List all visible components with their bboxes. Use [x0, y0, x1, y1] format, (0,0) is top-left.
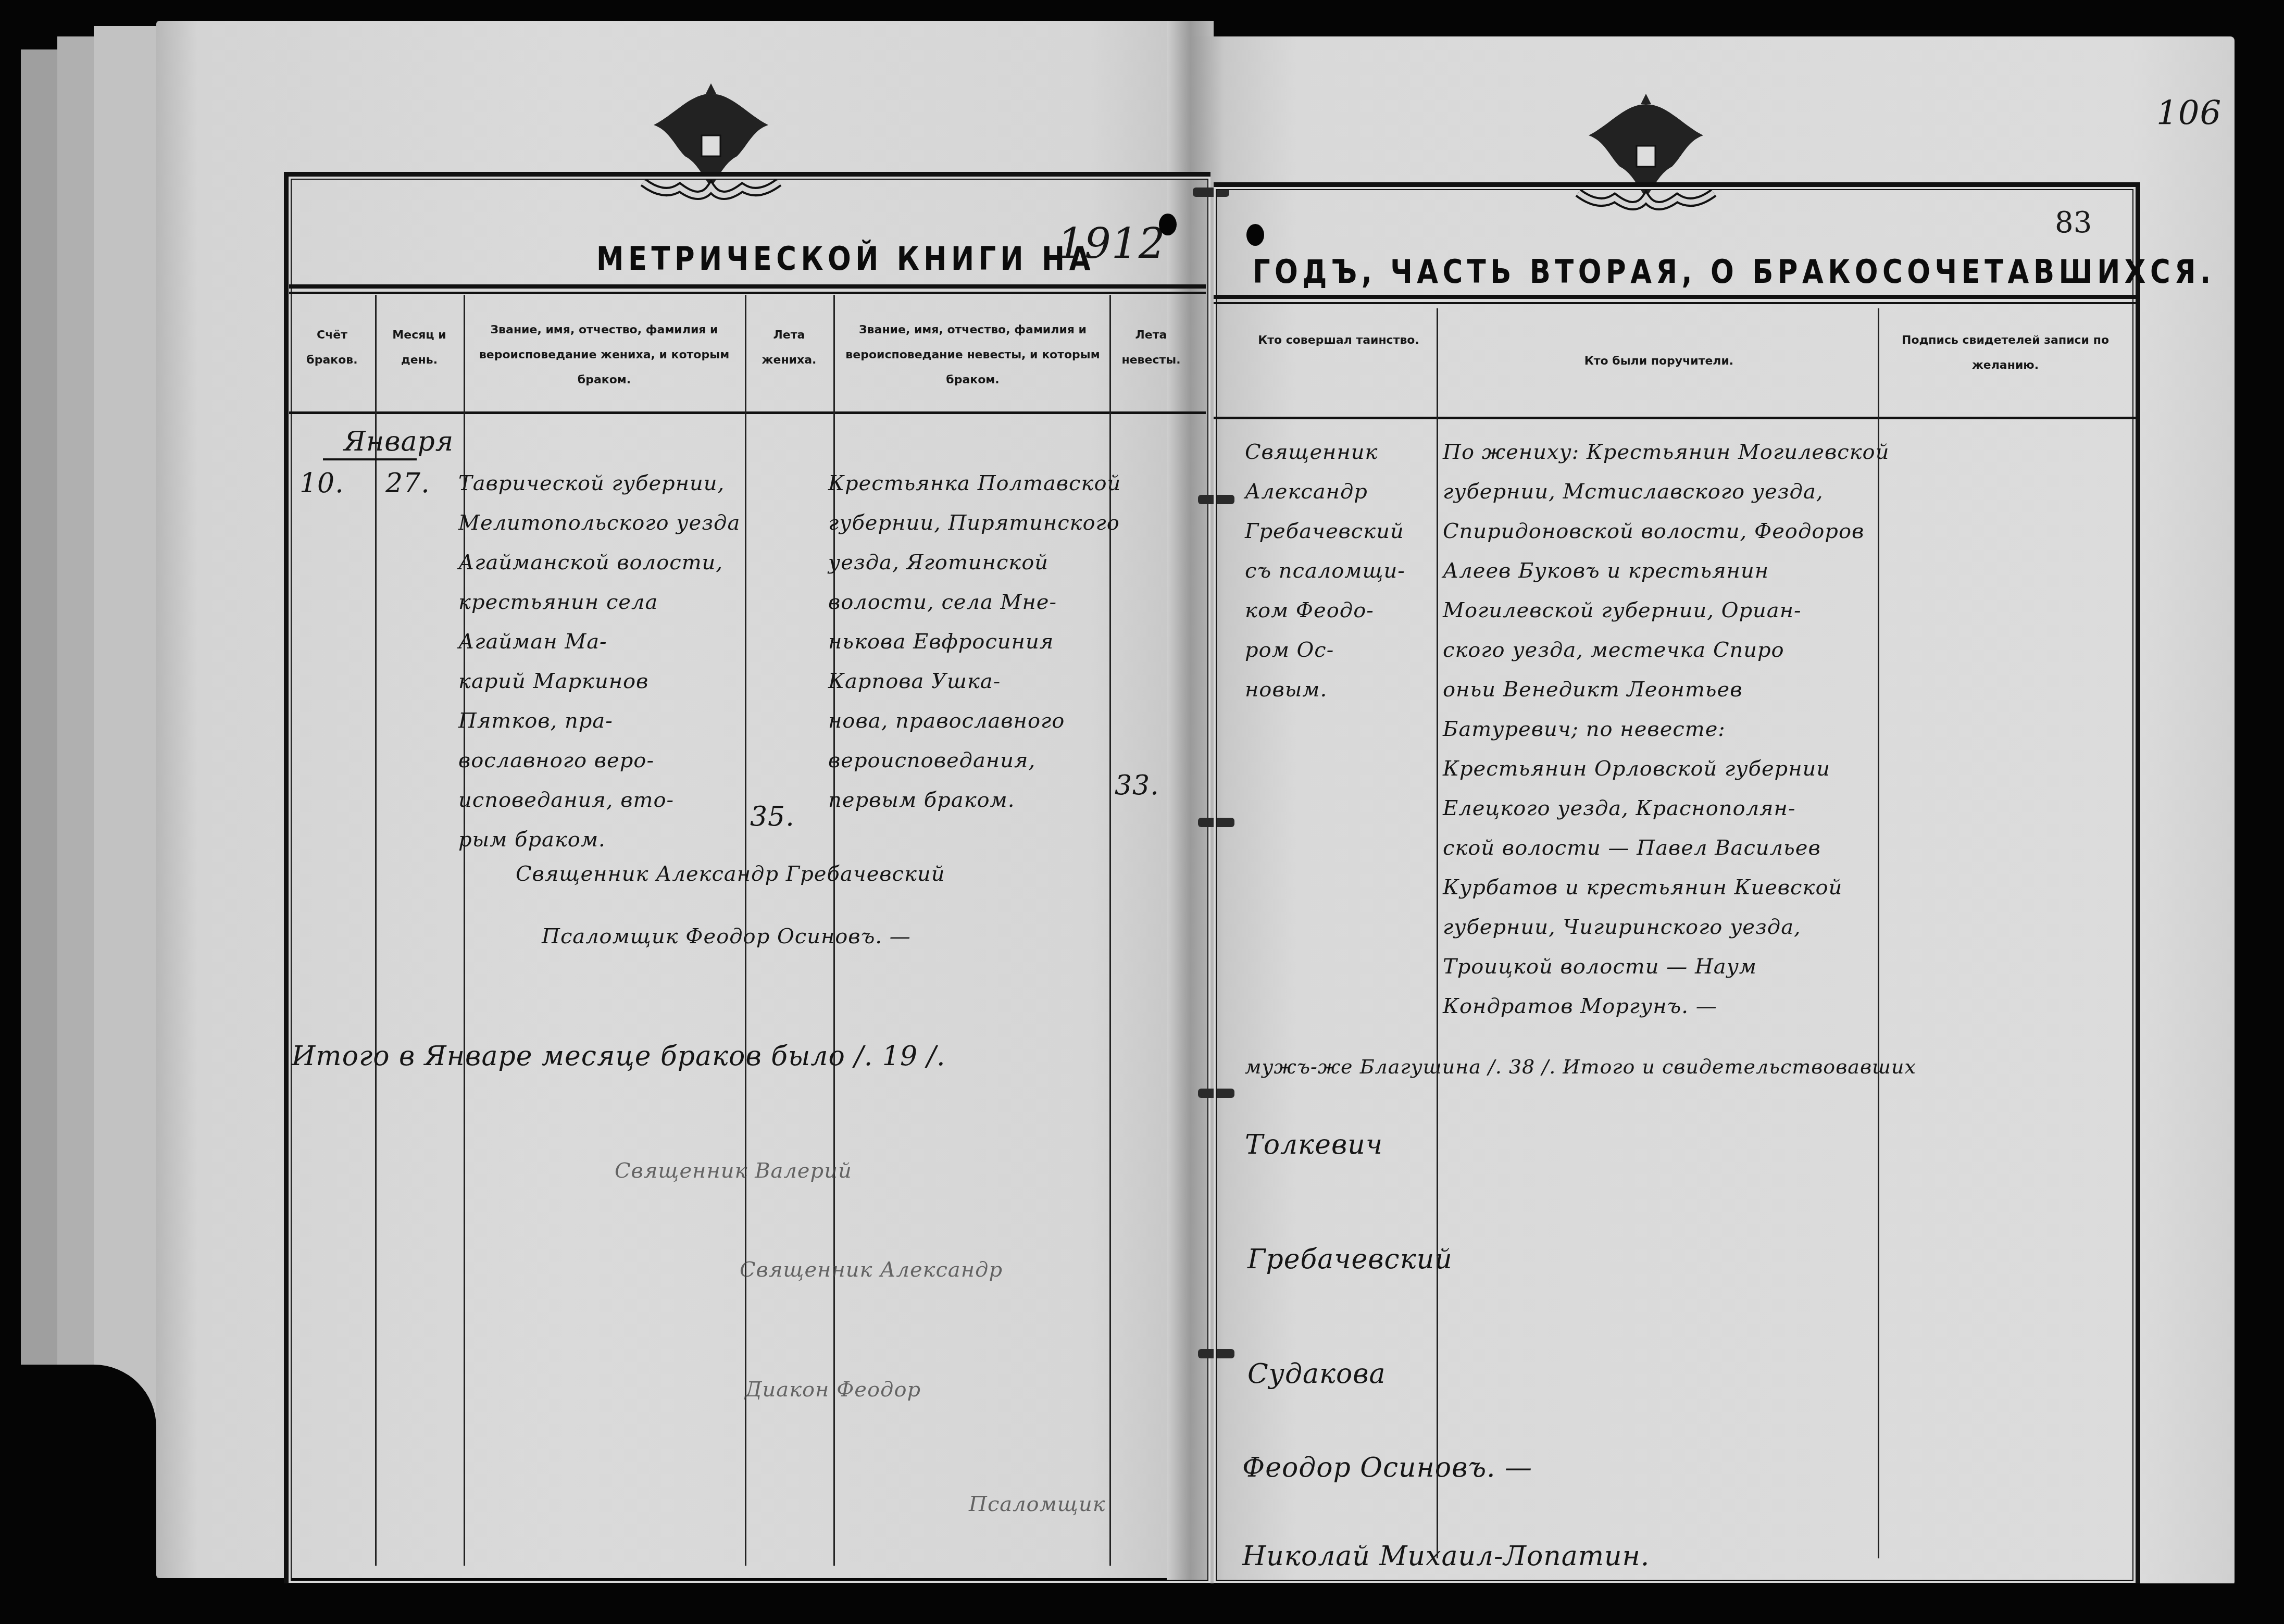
month-underline — [323, 458, 417, 460]
officiant-line: ром Ос- — [1245, 630, 1443, 670]
groom-line: Таврической губернии, — [458, 464, 750, 503]
summary-signature: Диакон Феодор — [745, 1370, 921, 1409]
officiant-line: новым. — [1245, 670, 1443, 709]
column-header-groom: Звание, имя, отчество, фамилия и вероисп… — [469, 318, 740, 393]
sponsor-line: Кондратов Моргунъ. — — [1443, 986, 1891, 1026]
sponsor-line: Батуревич; по невесте: — [1443, 709, 1891, 749]
signature-psalmist: Псаломщик Феодор Осиновъ. — — [542, 917, 911, 956]
summary-signature: Священник Валерий — [615, 1151, 852, 1191]
groom-line: Агайман Ма- — [458, 622, 750, 661]
groom-line: исповедания, вто- — [458, 780, 750, 820]
groom-line: карий Маркинов — [458, 661, 750, 701]
sponsor-line: Курбатов и крестьянин Киевской — [1443, 868, 1891, 907]
header-rule — [1214, 295, 2136, 299]
bride-line: нова, православного — [828, 701, 1120, 741]
bride-line: уезда, Яготинской — [828, 543, 1120, 582]
bride-line: волости, села Мне- — [828, 582, 1120, 622]
bride-age: 33. — [1115, 766, 1159, 805]
sponsors-description: По жениху: Крестьянин Могилевской губерн… — [1443, 432, 1891, 1026]
signature-priest: Священник Александр Гребачевский — [516, 854, 945, 894]
groom-line: Агайманской волости, — [458, 543, 750, 582]
bride-description: Крестьянка Полтавской губернии, Пирятинс… — [828, 464, 1120, 820]
sponsor-line: оньи Венедикт Леонтьев — [1443, 670, 1891, 709]
groom-description: Таврической губернии, Мелитопольского уе… — [458, 464, 750, 859]
groom-line: Пятков, пра- — [458, 701, 750, 741]
folio-number: 106 — [2156, 94, 2221, 133]
page-number: 83 — [2055, 206, 2092, 240]
sponsor-line: Крестьянин Орловской губернии — [1443, 749, 1891, 789]
header-rule — [289, 292, 1206, 294]
bride-line: Крестьянка Полтавской — [828, 464, 1120, 503]
summary-signature: Толкевич — [1245, 1125, 1383, 1165]
sponsor-line: Могилевской губернии, Ориан- — [1443, 591, 1891, 630]
summary-signature: Николай Михаил-Лопатин. — [1242, 1536, 1650, 1576]
bride-line: губернии, Пирятинского — [828, 503, 1120, 543]
scan-background — [156, 1583, 2284, 1624]
sponsor-line: Спиридоновской волости, Феодоров — [1443, 511, 1891, 551]
entry-month: Января — [344, 422, 454, 461]
sponsor-line: губернии, Мстиславского уезда, — [1443, 472, 1891, 511]
groom-line: Мелитопольского уезда — [458, 503, 750, 543]
sponsor-line: губернии, Чигиринского уезда, — [1443, 907, 1891, 947]
sponsor-line: По жениху: Крестьянин Могилевской — [1443, 432, 1891, 472]
sponsor-line: Елецкого уезда, Краснополян- — [1443, 789, 1891, 828]
right-page-title: ГОДЪ, ЧАСТЬ ВТОРАЯ, О БРАКОСОЧЕТАВШИХСЯ. — [1253, 253, 2215, 291]
groom-line: крестьянин села — [458, 582, 750, 622]
sponsor-line: ской волости — Павел Васильев — [1443, 828, 1891, 868]
column-header-month-day: Месяц и день. — [378, 323, 461, 373]
column-header-officiant: Кто совершал таинство. — [1245, 328, 1432, 353]
entry-number: 10. — [299, 464, 344, 503]
groom-line: вославного веро- — [458, 741, 750, 780]
binding-hole — [1159, 214, 1177, 235]
officiant-line: Александр — [1245, 472, 1443, 511]
monthly-summary-right: мужъ-же Благушина /. 38 /. Итого и свиде… — [1245, 1047, 1916, 1086]
thumb-shadow — [0, 1365, 156, 1624]
sponsor-line: Троицкой волости — Наум — [1443, 947, 1891, 986]
column-header-sponsors: Кто были поручители. — [1443, 349, 1875, 374]
title-year: 1912 — [1057, 224, 1166, 264]
summary-signature: Священник Александр — [740, 1250, 1003, 1290]
header-rule — [289, 411, 1206, 414]
officiant-description: Священник Александр Гребачевский съ псал… — [1245, 432, 1443, 709]
bride-line: нькова Евфросиния — [828, 622, 1120, 661]
bride-line: вероисповедания, — [828, 741, 1120, 780]
header-rule — [1214, 417, 2136, 419]
summary-signature: Феодор Осиновъ. — — [1242, 1448, 1532, 1488]
header-rule — [289, 284, 1206, 289]
summary-signature: Гребачевский — [1247, 1240, 1453, 1279]
sponsor-line: Алеев Буковъ и крестьянин — [1443, 551, 1891, 591]
column-header-groom-age: Лета жениха. — [747, 323, 831, 373]
officiant-line: съ псаломщи- — [1245, 551, 1443, 591]
column-divider — [375, 295, 377, 1566]
bride-line: первым браком. — [828, 780, 1120, 820]
summary-signature: Псаломщик — [969, 1484, 1106, 1524]
column-header-bride: Звание, имя, отчество, фамилия и вероисп… — [839, 318, 1107, 393]
header-rule — [1214, 302, 2136, 304]
column-header-marriage-count: Счёт браков. — [292, 323, 372, 373]
left-page-title: МЕТРИЧЕСКОЙ КНИГИ НА — [596, 240, 1095, 278]
column-header-witness-signature: Подпись свидетелей записи по желанию. — [1883, 328, 2128, 378]
sponsor-line: ского уезда, местечка Спиро — [1443, 630, 1891, 670]
column-header-bride-age: Лета невесты. — [1112, 323, 1190, 373]
summary-signature: Судакова — [1247, 1354, 1386, 1394]
groom-age: 35. — [750, 797, 795, 836]
bride-line: Карпова Ушка- — [828, 661, 1120, 701]
groom-line: рым браком. — [458, 820, 750, 859]
entry-day: 27. — [385, 464, 430, 503]
monthly-summary-left: Итого в Январе месяце браков было /. 19 … — [292, 1036, 946, 1076]
officiant-line: ком Феодо- — [1245, 591, 1443, 630]
officiant-line: Священник — [1245, 432, 1443, 472]
officiant-line: Гребачевский — [1245, 511, 1443, 551]
